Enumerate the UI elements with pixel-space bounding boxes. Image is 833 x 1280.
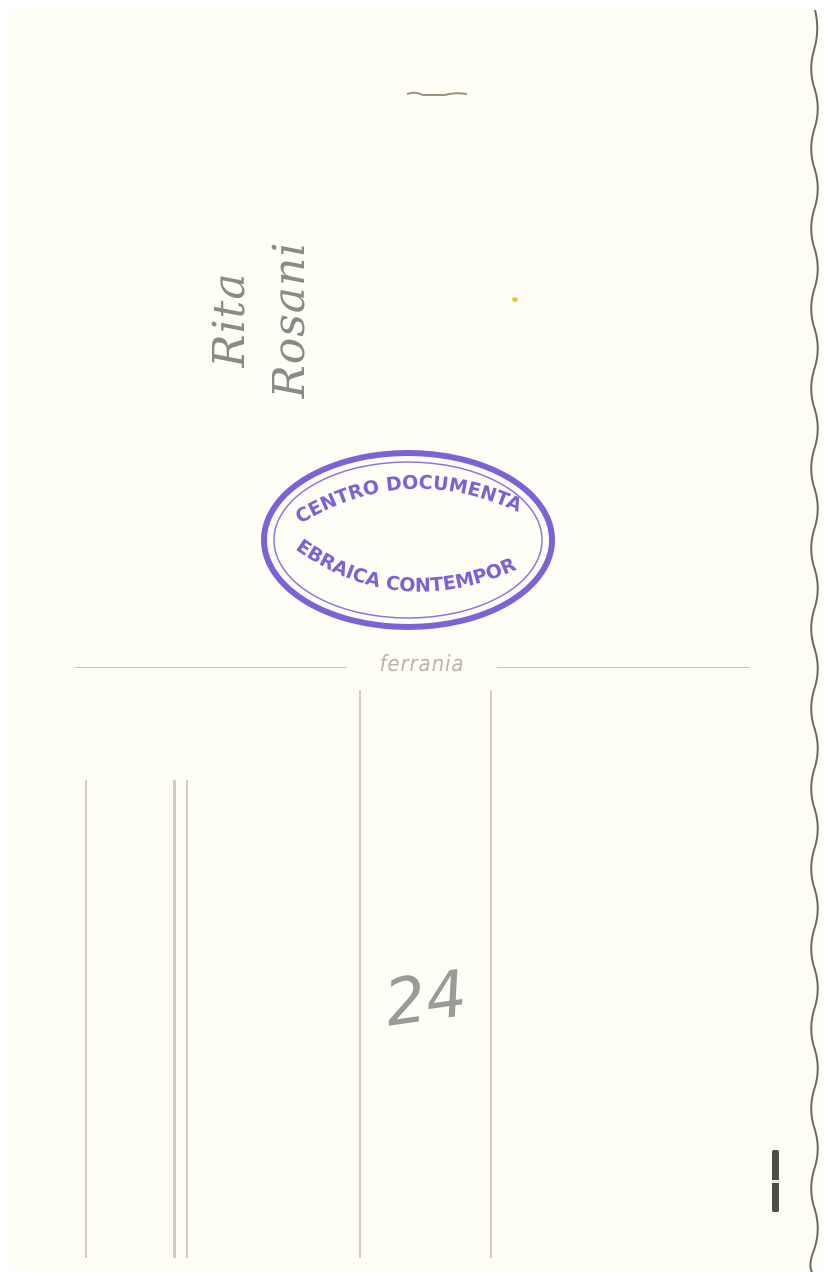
archive-stamp: CENTRO DOCUMENTAZ. EBRAICA CONTEMPORAN. <box>260 449 556 631</box>
handwritten-number: 24 <box>379 942 492 1055</box>
brand-label: ferrania <box>359 652 485 677</box>
postcard-back: Rita Rosani CENTRO DOCUMENTAZ. EBRAICA C… <box>0 0 833 1280</box>
divider-left <box>75 667 347 668</box>
paper-surface <box>8 10 823 1272</box>
divider-right <box>497 667 750 668</box>
stain-speck <box>512 297 518 302</box>
staple-gap <box>772 1180 779 1183</box>
column-line-2 <box>173 780 176 1258</box>
column-line-4 <box>359 690 361 1258</box>
stamp-line-1: CENTRO DOCUMENTAZ. <box>260 449 525 528</box>
handwritten-name: Rita Rosani <box>200 190 260 450</box>
deckled-right-edge <box>800 10 833 1272</box>
column-line-1 <box>85 780 87 1258</box>
top-scuff-mark <box>405 90 471 98</box>
column-line-3 <box>186 780 188 1258</box>
column-line-5 <box>490 690 492 1258</box>
stamp-line-2: EBRAICA CONTEMPORAN. <box>260 449 520 597</box>
